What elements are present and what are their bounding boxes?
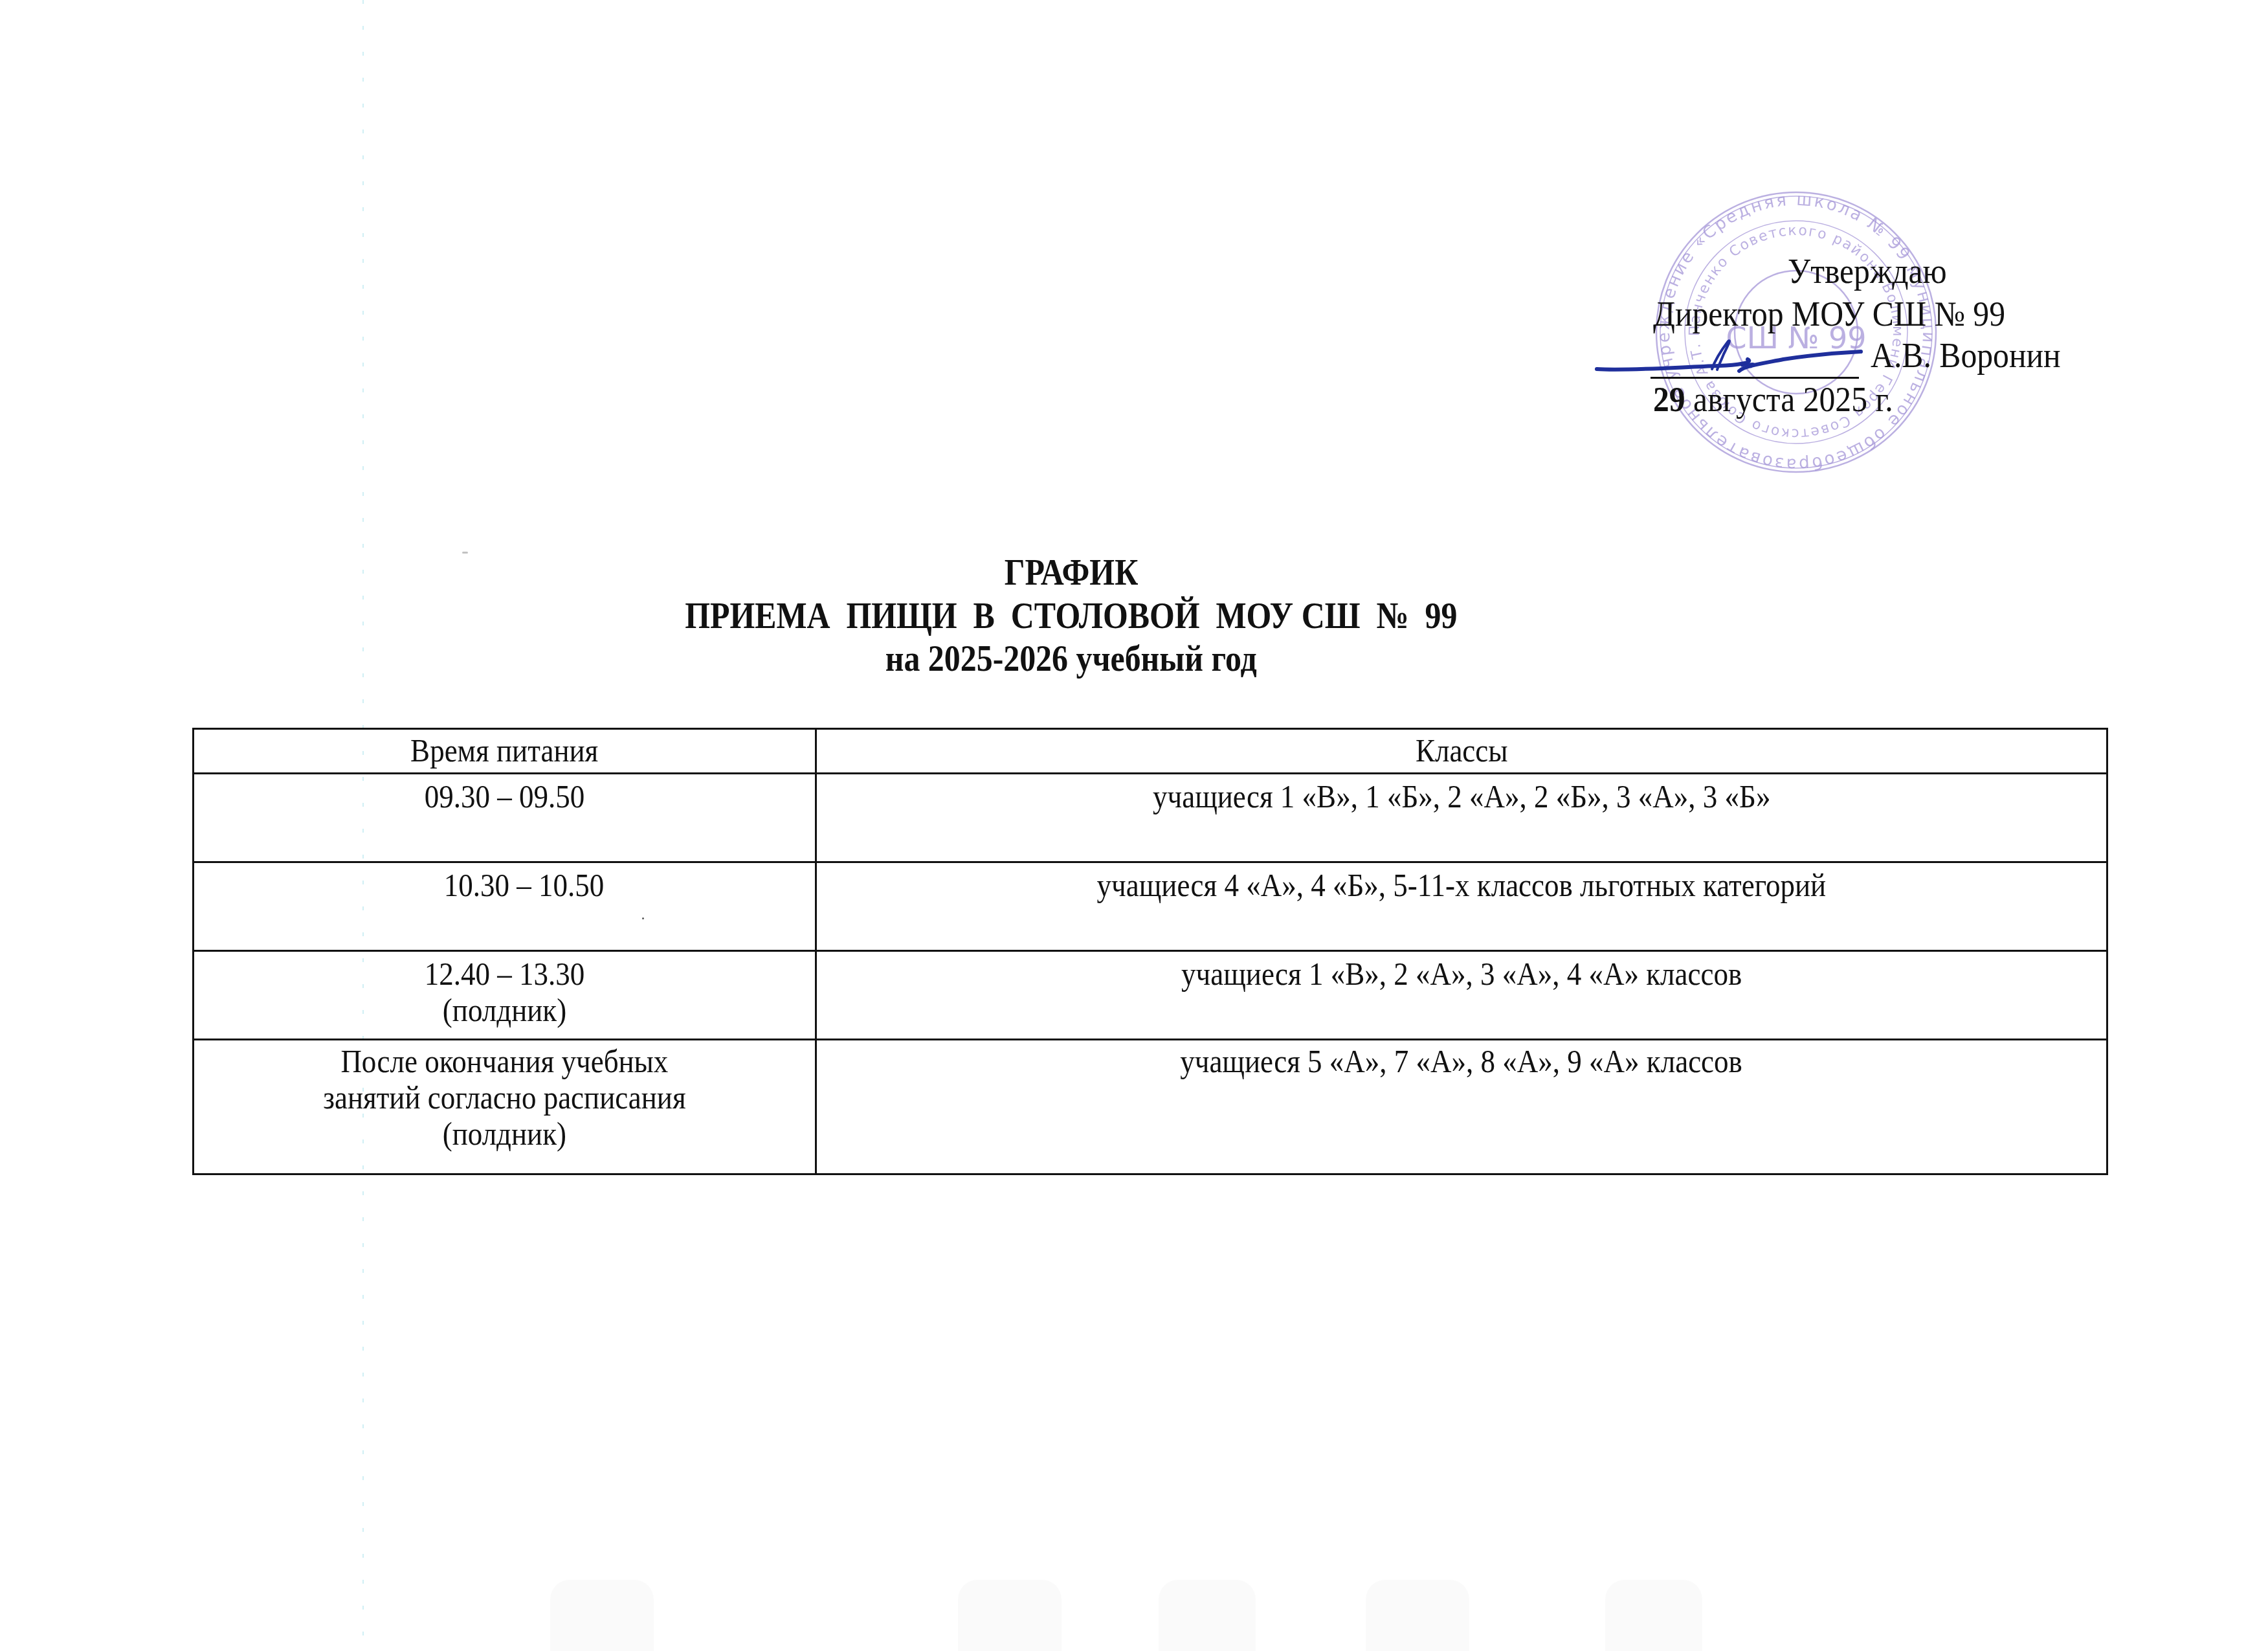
header-meal-time: Время питания [194, 729, 816, 774]
title-line-1: ГРАФИК [1005, 554, 1139, 591]
document-title: ГРАФИК [0, 554, 2142, 591]
cell-time: После окончания учебных занятий согласно… [194, 1040, 816, 1174]
approver-position: Директор МОУ СШ № 99 [1653, 297, 2005, 331]
bleed-through-mark [1605, 1580, 1702, 1651]
table-row: 12.40 – 13.30 (полдник) учащиеся 1 «В», … [194, 951, 2107, 1040]
approval-date-rest: августа 2025 г. [1685, 380, 1893, 419]
bleed-through-mark [550, 1580, 654, 1651]
document-period: на 2025-2026 учебный год [0, 640, 2142, 677]
approver-name: А.В. Воронин [1871, 338, 2061, 373]
bleed-through-mark [1159, 1580, 1256, 1651]
document-subtitle: ПРИЕМА ПИЩИ В СТОЛОВОЙ МОУ СШ № 99 [0, 597, 2142, 635]
table-header-row: Время питания Классы [194, 729, 2107, 774]
table-row: 10.30 – 10.50 учащиеся 4 «А», 4 «Б», 5-1… [194, 862, 2107, 951]
bleed-through-mark [958, 1580, 1062, 1651]
approval-heading: Утверждаю [1788, 254, 1947, 289]
header-classes: Классы [816, 729, 2107, 774]
cell-time: 12.40 – 13.30 (полдник) [194, 951, 816, 1040]
title-line-2: ПРИЕМА ПИЩИ В СТОЛОВОЙ МОУ СШ № 99 [685, 597, 1457, 635]
table-row: После окончания учебных занятий согласно… [194, 1040, 2107, 1174]
approval-date: 29 августа 2025 г. [1653, 382, 1893, 417]
table-row: 09.30 – 09.50 учащиеся 1 «В», 1 «Б», 2 «… [194, 774, 2107, 862]
cell-time: 10.30 – 10.50 [194, 862, 816, 951]
title-line-3: на 2025-2026 учебный год [885, 640, 1257, 677]
cell-time: 09.30 – 09.50 [194, 774, 816, 862]
bleed-through-mark [1366, 1580, 1469, 1651]
meal-schedule-table: Время питания Классы 09.30 – 09.50 учащи… [192, 728, 2108, 1175]
handwritten-signature [1589, 333, 1867, 379]
cell-classes: учащиеся 1 «В», 1 «Б», 2 «А», 2 «Б», 3 «… [816, 774, 2107, 862]
approval-date-day: 29 [1653, 380, 1685, 419]
cell-classes: учащиеся 1 «В», 2 «А», 3 «А», 4 «А» клас… [816, 951, 2107, 1040]
cell-classes: учащиеся 4 «А», 4 «Б», 5-11-х классов ль… [816, 862, 2107, 951]
cell-classes: учащиеся 5 «А», 7 «А», 8 «А», 9 «А» клас… [816, 1040, 2107, 1174]
